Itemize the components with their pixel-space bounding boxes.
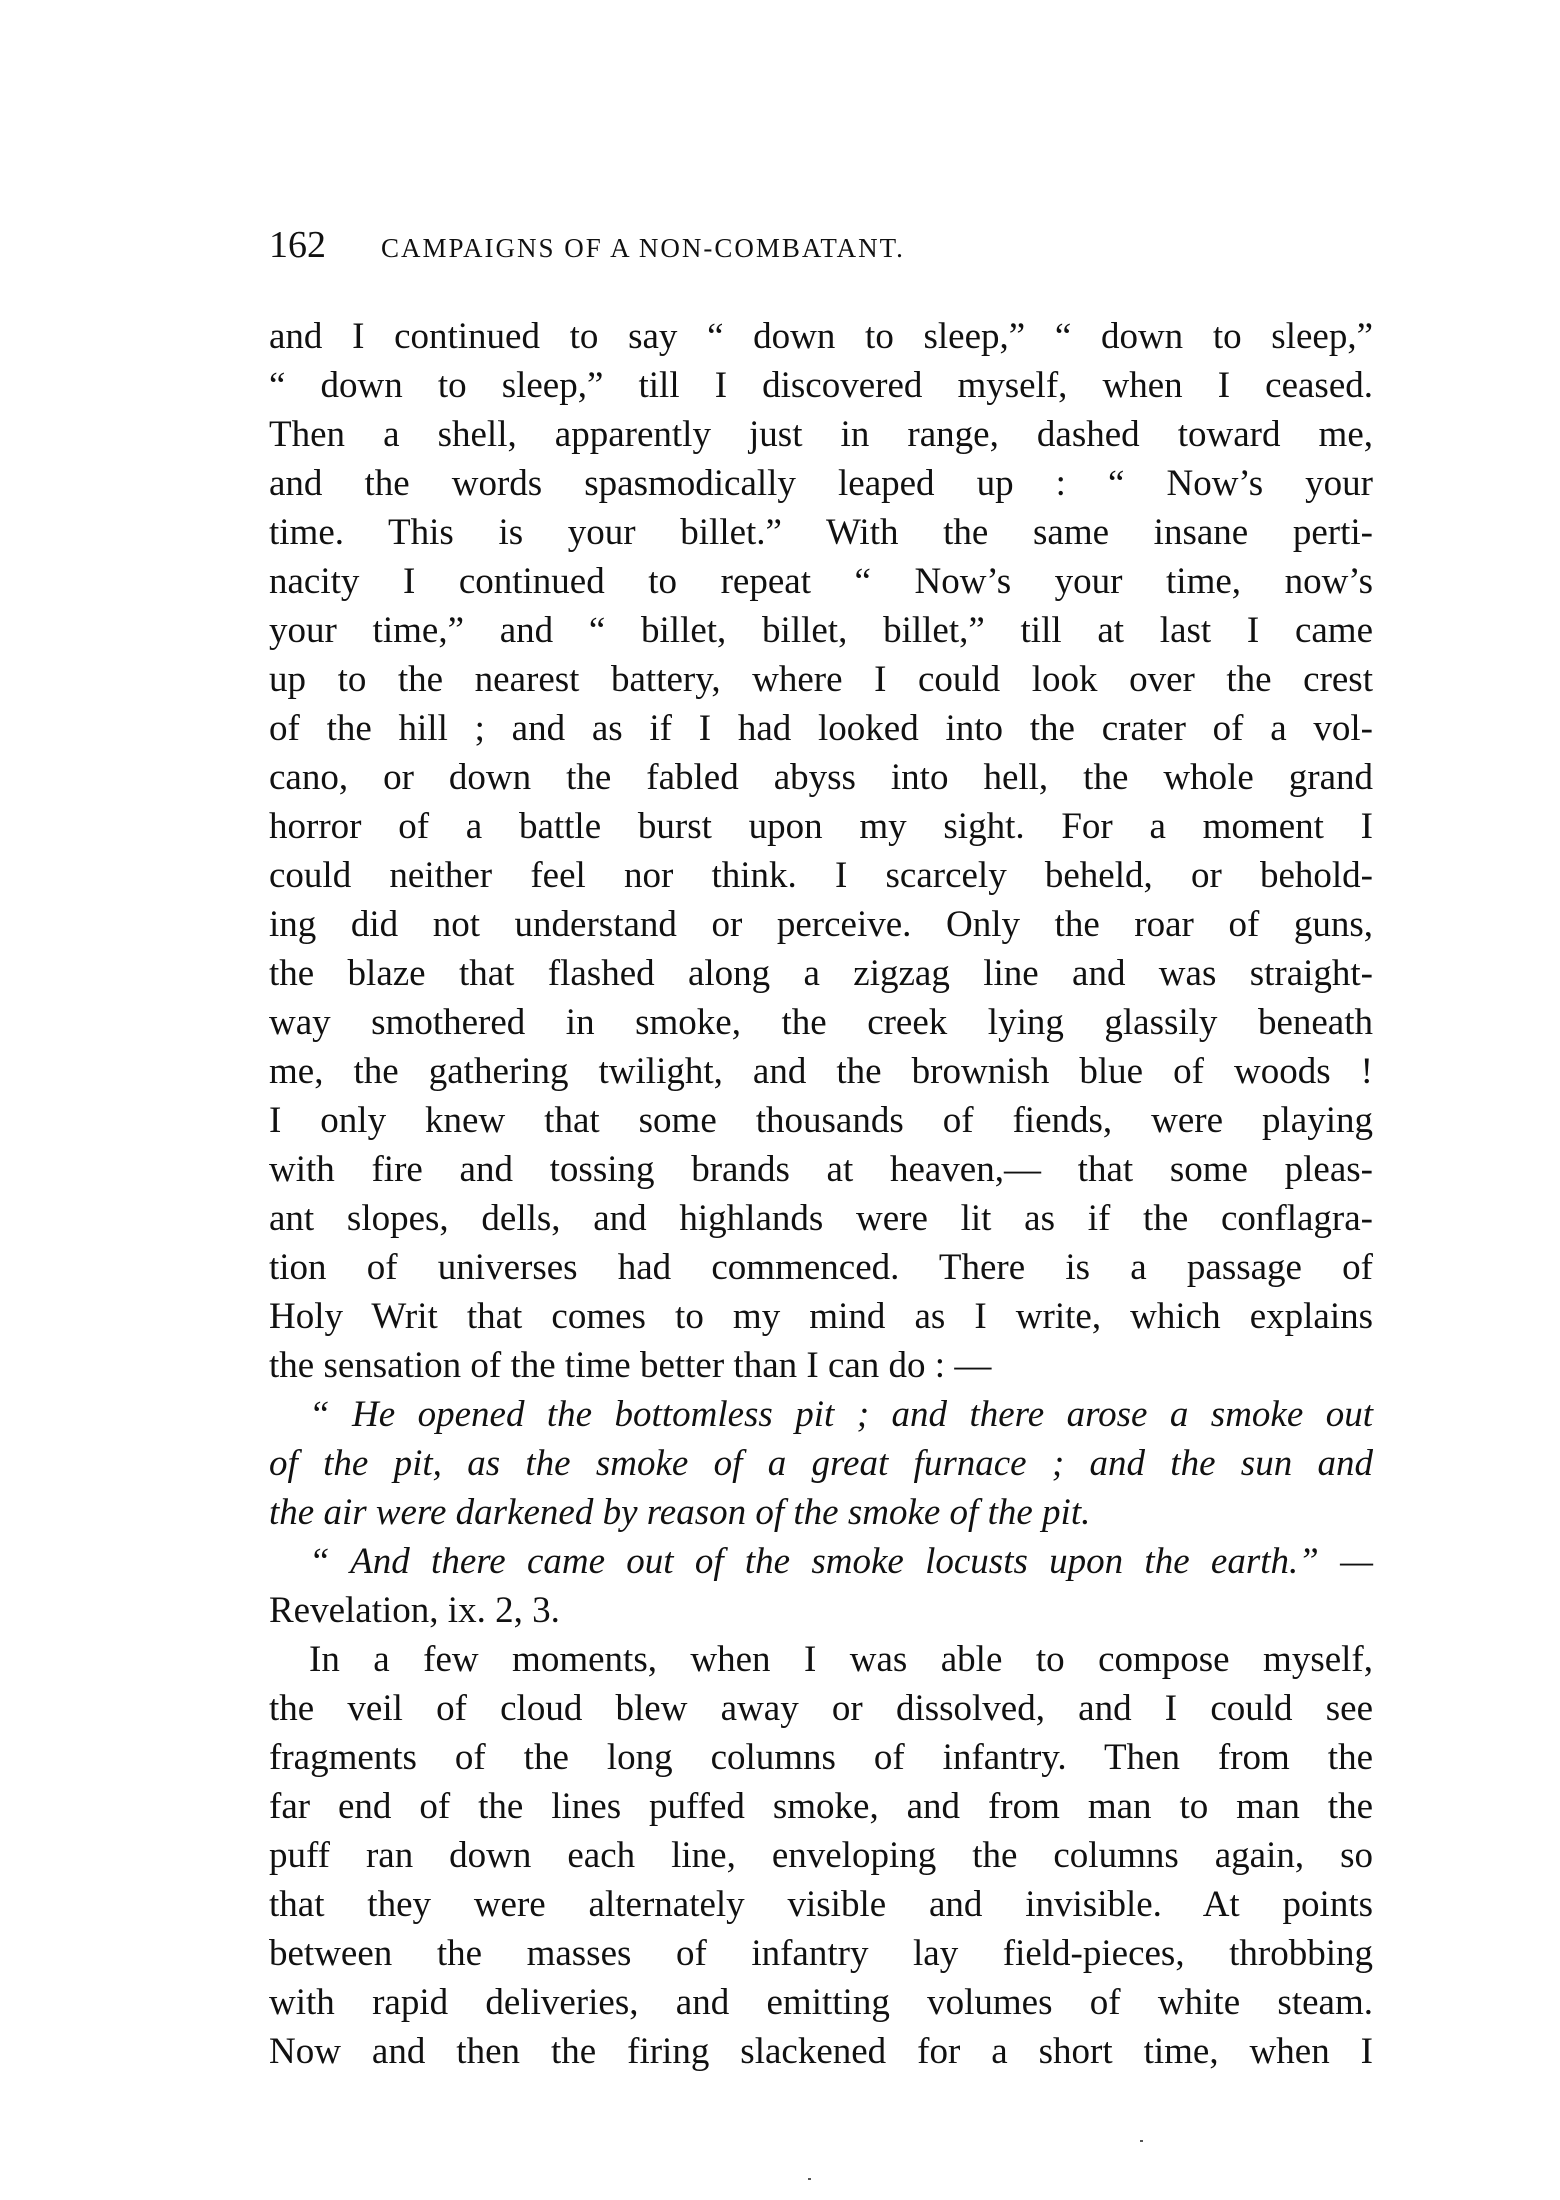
text-line: with rapid deliveries, and emitting volu…: [269, 1978, 1373, 2027]
text-line: nacity I continued to repeat “ Now’s you…: [269, 557, 1373, 606]
text-line: ing did not understand or perceive. Only…: [269, 900, 1373, 949]
scan-speck: [1140, 2140, 1143, 2142]
scan-speck: [808, 2178, 811, 2180]
text-line: cano, or down the fabled abyss into hell…: [269, 753, 1373, 802]
quote-line: “ And there came out of the smoke locust…: [269, 1537, 1373, 1586]
text-line: tion of universes had commenced. There i…: [269, 1243, 1373, 1292]
text-line: ant slopes, dells, and highlands were li…: [269, 1194, 1373, 1243]
text-line: time. This is your billet.” With the sam…: [269, 508, 1373, 557]
text-line: horror of a battle burst upon my sight. …: [269, 802, 1373, 851]
text-line: fragments of the long columns of infantr…: [269, 1733, 1373, 1782]
text-line: your time,” and “ billet, billet, billet…: [269, 606, 1373, 655]
text-line: way smothered in smoke, the creek lying …: [269, 998, 1373, 1047]
text-line: I only knew that some thousands of fiend…: [269, 1096, 1373, 1145]
quote-line: the air were darkened by reason of the s…: [269, 1488, 1373, 1537]
text-line: far end of the lines puffed smoke, and f…: [269, 1782, 1373, 1831]
text-line: that they were alternately visible and i…: [269, 1880, 1373, 1929]
text-line: and I continued to say “ down to sleep,”…: [269, 312, 1373, 361]
citation-line: Revelation, ix. 2, 3.: [269, 1586, 1373, 1635]
quote-line: “ He opened the bottomless pit ; and the…: [269, 1390, 1373, 1439]
text-line: Then a shell, apparently just in range, …: [269, 410, 1373, 459]
text-line: Now and then the firing slackened for a …: [269, 2027, 1373, 2076]
text-line: of the hill ; and as if I had looked int…: [269, 704, 1373, 753]
text-line: could neither feel nor think. I scarcely…: [269, 851, 1373, 900]
text-line: the sensation of the time better than I …: [269, 1341, 1373, 1390]
body-text: and I continued to say “ down to sleep,”…: [269, 312, 1373, 2076]
page-number: 162: [269, 222, 326, 268]
quote-line: of the pit, as the smoke of a great furn…: [269, 1439, 1373, 1488]
text-line: up to the nearest battery, where I could…: [269, 655, 1373, 704]
text-line: me, the gathering twilight, and the brow…: [269, 1047, 1373, 1096]
text-line: the blaze that flashed along a zigzag li…: [269, 949, 1373, 998]
running-title: CAMPAIGNS OF A NON-COMBATANT.: [381, 228, 905, 268]
text-line: Holy Writ that comes to my mind as I wri…: [269, 1292, 1373, 1341]
text-line: with fire and tossing brands at heaven,—…: [269, 1145, 1373, 1194]
text-line: puff ran down each line, enveloping the …: [269, 1831, 1373, 1880]
text-line: and the words spasmodically leaped up : …: [269, 459, 1373, 508]
page-header: 162 CAMPAIGNS OF A NON-COMBATANT.: [269, 222, 1373, 268]
text-line: In a few moments, when I was able to com…: [269, 1635, 1373, 1684]
text-line: “ down to sleep,” till I discovered myse…: [269, 361, 1373, 410]
text-line: between the masses of infantry lay field…: [269, 1929, 1373, 1978]
text-line: the veil of cloud blew away or dissolved…: [269, 1684, 1373, 1733]
book-page: 162 CAMPAIGNS OF A NON-COMBATANT. and I …: [0, 0, 1560, 2200]
